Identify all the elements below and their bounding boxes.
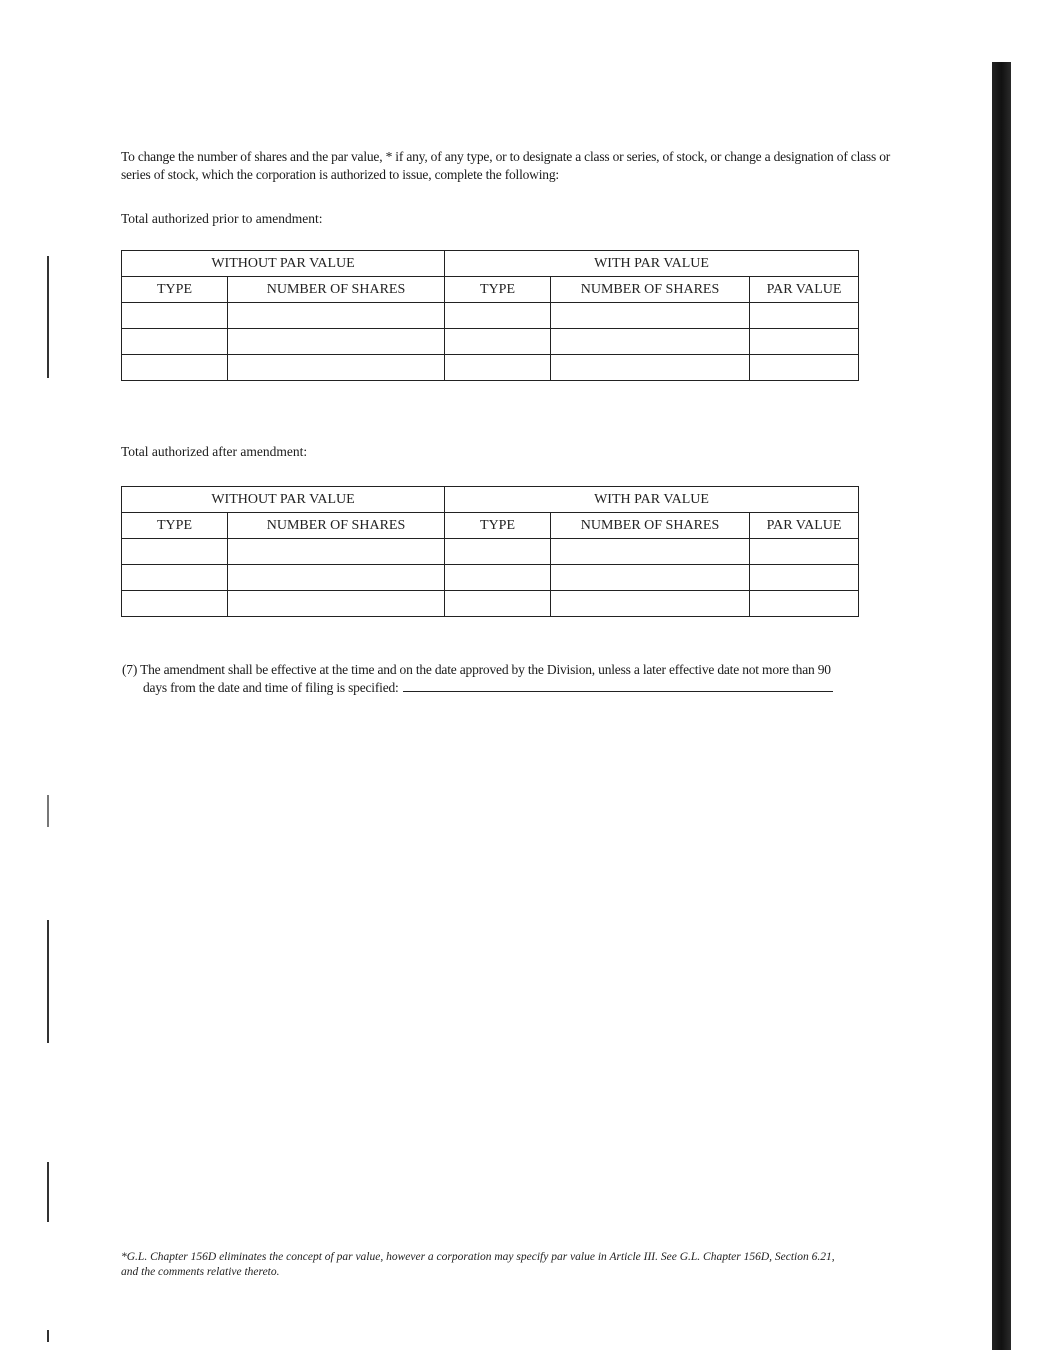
form-page: To change the number of shares and the p… — [0, 0, 1055, 1365]
table-row — [122, 355, 859, 381]
type-cell[interactable] — [122, 565, 228, 591]
shares-cell[interactable] — [228, 329, 445, 355]
item-7-line-2: days from the date and time of filing is… — [143, 680, 399, 695]
type-header: TYPE — [445, 513, 551, 539]
shares-cell[interactable] — [228, 591, 445, 617]
type-cell[interactable] — [122, 591, 228, 617]
type-cell[interactable] — [445, 355, 551, 381]
type-cell[interactable] — [445, 329, 551, 355]
type-cell[interactable] — [122, 303, 228, 329]
margin-scan-mark — [47, 920, 49, 1043]
item-7-line-2-wrapper: days from the date and time of filing is… — [122, 679, 912, 697]
prior-shares-table: WITHOUT PAR VALUE WITH PAR VALUE TYPE NU… — [121, 250, 859, 381]
margin-scan-mark — [47, 1330, 49, 1342]
margin-scan-mark — [47, 256, 49, 378]
margin-scan-mark — [47, 1162, 49, 1222]
shares-cell[interactable] — [228, 539, 445, 565]
after-shares-table: WITHOUT PAR VALUE WITH PAR VALUE TYPE NU… — [121, 486, 859, 617]
prior-amendment-label: Total authorized prior to amendment: — [121, 211, 323, 227]
margin-scan-mark — [47, 795, 49, 827]
type-header: TYPE — [122, 277, 228, 303]
number-of-shares-header: NUMBER OF SHARES — [228, 277, 445, 303]
effective-date-field[interactable] — [403, 679, 833, 692]
shares-cell[interactable] — [228, 565, 445, 591]
table-row — [122, 591, 859, 617]
par-value-header: PAR VALUE — [750, 277, 859, 303]
shares-cell[interactable] — [551, 591, 750, 617]
par-value-cell[interactable] — [750, 591, 859, 617]
shares-cell[interactable] — [551, 303, 750, 329]
item-7-effective-date: (7) The amendment shall be effective at … — [122, 661, 912, 697]
shares-cell[interactable] — [228, 303, 445, 329]
shares-cell[interactable] — [551, 329, 750, 355]
type-cell[interactable] — [445, 303, 551, 329]
type-header: TYPE — [122, 513, 228, 539]
intro-paragraph: To change the number of shares and the p… — [121, 148, 921, 184]
item-7-line-1: (7) The amendment shall be effective at … — [122, 661, 912, 679]
type-cell[interactable] — [122, 539, 228, 565]
scan-edge-shadow — [992, 62, 1011, 1350]
shares-cell[interactable] — [551, 355, 750, 381]
type-cell[interactable] — [122, 355, 228, 381]
without-par-header: WITHOUT PAR VALUE — [122, 487, 445, 513]
par-value-cell[interactable] — [750, 303, 859, 329]
par-value-cell[interactable] — [750, 355, 859, 381]
number-of-shares-header: NUMBER OF SHARES — [551, 513, 750, 539]
table-row — [122, 329, 859, 355]
shares-cell[interactable] — [551, 565, 750, 591]
table-row — [122, 539, 859, 565]
shares-cell[interactable] — [551, 539, 750, 565]
type-cell[interactable] — [445, 591, 551, 617]
par-value-footnote: *G.L. Chapter 156D eliminates the concep… — [121, 1250, 841, 1280]
table-row — [122, 565, 859, 591]
shares-cell[interactable] — [228, 355, 445, 381]
type-cell[interactable] — [445, 565, 551, 591]
number-of-shares-header: NUMBER OF SHARES — [228, 513, 445, 539]
par-value-cell[interactable] — [750, 539, 859, 565]
with-par-header: WITH PAR VALUE — [445, 251, 859, 277]
type-cell[interactable] — [445, 539, 551, 565]
with-par-header: WITH PAR VALUE — [445, 487, 859, 513]
type-header: TYPE — [445, 277, 551, 303]
without-par-header: WITHOUT PAR VALUE — [122, 251, 445, 277]
table-row — [122, 303, 859, 329]
par-value-cell[interactable] — [750, 565, 859, 591]
number-of-shares-header: NUMBER OF SHARES — [551, 277, 750, 303]
par-value-cell[interactable] — [750, 329, 859, 355]
type-cell[interactable] — [122, 329, 228, 355]
par-value-header: PAR VALUE — [750, 513, 859, 539]
after-amendment-label: Total authorized after amendment: — [121, 444, 307, 460]
